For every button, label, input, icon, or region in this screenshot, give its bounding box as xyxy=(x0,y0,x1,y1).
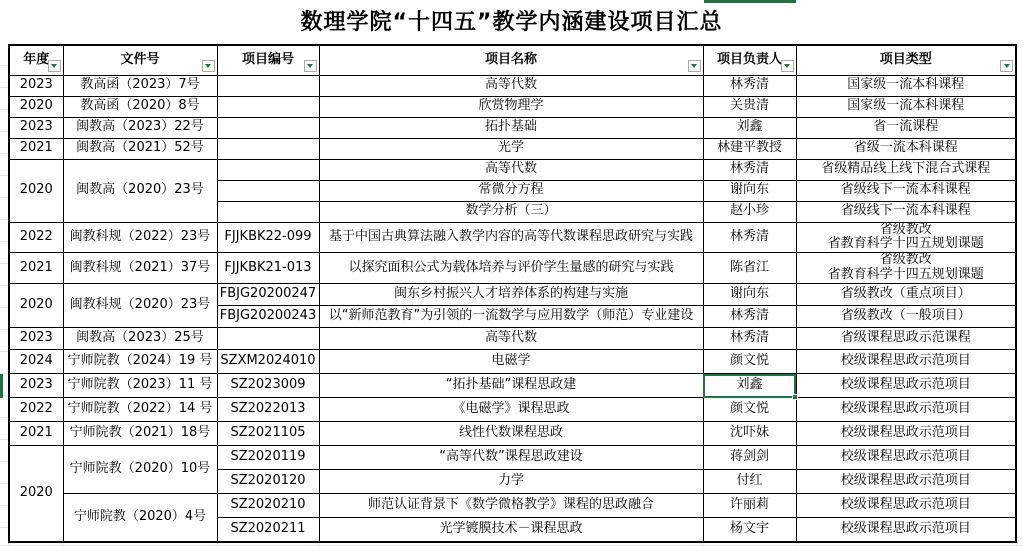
cell-leader[interactable]: 林建平教授 xyxy=(703,138,796,159)
cell-type[interactable]: 校级课程思政示范项目 xyxy=(796,470,1016,494)
filter-dropdown-icon xyxy=(307,64,313,68)
filter-button[interactable] xyxy=(1000,60,1013,72)
column-header-code[interactable]: 项目编号 xyxy=(217,45,319,75)
column-header-label: 项目负责人 xyxy=(717,52,782,67)
cell-doc[interactable]: 宁师院教（2020）4号 xyxy=(63,494,217,542)
cell-code[interactable] xyxy=(217,328,319,350)
cell-code[interactable]: FBJG20200247 xyxy=(217,284,319,306)
cell-name[interactable]: 力学 xyxy=(319,470,703,494)
cell-doc[interactable]: 宁师院教（2021）18号 xyxy=(63,422,217,446)
filter-dropdown-icon xyxy=(51,64,57,68)
cell-leader[interactable]: 刘鑫 xyxy=(703,374,796,398)
cell-leader[interactable]: 林秀清 xyxy=(703,306,796,328)
column-header-label: 项目编号 xyxy=(242,52,294,67)
column-selection-indicator xyxy=(704,0,796,3)
cell-type[interactable]: 省级教改（一般项目） xyxy=(796,306,1016,328)
cell-name[interactable]: “高等代数”课程思政建设 xyxy=(319,446,703,470)
cell-type[interactable]: 国家级一流本科课程 xyxy=(796,96,1016,117)
cell-doc[interactable]: 闽教科规（2022）23号 xyxy=(63,222,217,253)
cell-doc[interactable]: 宁师院教（2024）19 号 xyxy=(63,350,217,374)
cell-name[interactable]: 师范认证背景下《数学微格教学》课程的思政融合 xyxy=(319,494,703,518)
cell-name[interactable]: 线性代数课程思政 xyxy=(319,422,703,446)
cell-leader[interactable]: 颜文悦 xyxy=(703,350,796,374)
cell-type[interactable]: 校级课程思政示范项目 xyxy=(796,494,1016,518)
cell-leader[interactable]: 林秀清 xyxy=(703,328,796,350)
cell-name[interactable]: 闽东乡村振兴人才培养体系的构建与实施 xyxy=(319,284,703,306)
cell-leader[interactable]: 陈省江 xyxy=(703,253,796,284)
cell-code[interactable]: SZXM2024010 xyxy=(217,350,319,374)
cell-type[interactable]: 国家级一流本科课程 xyxy=(796,75,1016,96)
table-row: 2024宁师院教（2024）19 号SZXM2024010电磁学颜文悦校级课程思… xyxy=(9,350,1016,374)
cell-year[interactable]: 2023 xyxy=(9,328,63,350)
cell-year[interactable]: 2022 xyxy=(9,222,63,253)
cell-year[interactable]: 2021 xyxy=(9,422,63,446)
cell-name[interactable]: 基于中国古典算法融入教学内容的高等代数课程思政研究与实践 xyxy=(319,222,703,253)
cell-year[interactable]: 2023 xyxy=(9,374,63,398)
cell-name[interactable]: 《电磁学》课程思政 xyxy=(319,398,703,422)
cell-name[interactable]: 拓扑基础 xyxy=(319,117,703,138)
cell-year[interactable]: 2020 xyxy=(9,159,63,222)
sheet-left-margin xyxy=(0,44,8,535)
column-header-label: 项目名称 xyxy=(485,52,537,67)
cell-code[interactable]: FJJKBK21-013 xyxy=(217,253,319,284)
sheet-title[interactable]: 数理学院“十四五”教学内涵建设项目汇总 xyxy=(8,7,1015,41)
cell-code[interactable] xyxy=(217,117,319,138)
cell-doc[interactable]: 教高函（2020）8号 xyxy=(63,96,217,117)
cell-name[interactable]: 光学镀膜技术－课程思政 xyxy=(319,518,703,542)
table-row: 2020教高函（2020）8号欣赏物理学关贵清国家级一流本科课程 xyxy=(9,96,1016,117)
cell-leader[interactable]: 林秀清 xyxy=(703,159,796,180)
filter-button[interactable] xyxy=(781,60,794,72)
filter-dropdown-icon xyxy=(1004,64,1010,68)
projects-table: 年度 文件号 项目编号 项目名称 项目负责人 项目类型 2023教高函（2023… xyxy=(8,44,1017,543)
table-row: 2023宁师院教（2023）11 号SZ2023009“拓扑基础”课程思政建刘鑫… xyxy=(9,374,1016,398)
table-row: 宁师院教（2020）4号SZ2020210师范认证背景下《数学微格教学》课程的思… xyxy=(9,494,1016,518)
column-header-label: 项目类型 xyxy=(880,52,932,67)
cell-type[interactable]: 省级课程思政示范课程 xyxy=(796,328,1016,350)
cell-code[interactable] xyxy=(217,159,319,180)
cell-name[interactable]: 常微分方程 xyxy=(319,180,703,201)
cell-name[interactable]: 数学分析（三） xyxy=(319,201,703,222)
cell-name[interactable]: 电磁学 xyxy=(319,350,703,374)
filter-button[interactable] xyxy=(48,60,61,72)
cell-type[interactable]: 省级教改 省教育科学十四五规划课题 xyxy=(796,253,1016,284)
filter-button[interactable] xyxy=(688,60,701,72)
cell-leader[interactable]: 付红 xyxy=(703,470,796,494)
fill-handle[interactable] xyxy=(792,394,798,400)
table-row: 2020闽教高（2020）23号高等代数林秀清省级精品线上线下混合式课程 xyxy=(9,159,1016,180)
filter-button[interactable] xyxy=(304,60,317,72)
filter-dropdown-icon xyxy=(691,64,697,68)
cell-leader[interactable]: 林秀清 xyxy=(703,75,796,96)
cell-doc[interactable]: 宁师院教（2020）10号 xyxy=(63,446,217,494)
cell-code[interactable] xyxy=(217,75,319,96)
cell-leader[interactable]: 林秀清 xyxy=(703,222,796,253)
cell-year[interactable]: 2020 xyxy=(9,96,63,117)
cell-year[interactable]: 2023 xyxy=(9,117,63,138)
cell-type[interactable]: 省级教改 省教育科学十四五规划课题 xyxy=(796,222,1016,253)
column-header-leader[interactable]: 项目负责人 xyxy=(703,45,796,75)
table-row: 2021闽教高（2021）52号光学林建平教授省级一流本科课程 xyxy=(9,138,1016,159)
column-header-label: 文件号 xyxy=(120,52,159,67)
cell-type[interactable]: 省级线下一流本科课程 xyxy=(796,180,1016,201)
cell-type[interactable]: 省级一流本科课程 xyxy=(796,138,1016,159)
cell-code[interactable]: SZ2022013 xyxy=(217,398,319,422)
column-header-year[interactable]: 年度 xyxy=(9,45,63,75)
cell-name[interactable]: 以探究面积公式为载体培养与评价学生量感的研究与实践 xyxy=(319,253,703,284)
table-row: 2020宁师院教（2020）10号SZ2020119“高等代数”课程思政建设蒋剑… xyxy=(9,446,1016,470)
table-row: 2021宁师院教（2021）18号SZ2021105线性代数课程思政沈吓妹校级课… xyxy=(9,422,1016,446)
cell-code[interactable]: SZ2020210 xyxy=(217,494,319,518)
cell-year[interactable]: 2023 xyxy=(9,75,63,96)
cell-type[interactable]: 省一流课程 xyxy=(796,117,1016,138)
cell-code[interactable] xyxy=(217,180,319,201)
cell-year[interactable]: 2020 xyxy=(9,446,63,542)
cell-name[interactable]: “拓扑基础”课程思政建 xyxy=(319,374,703,398)
cell-code[interactable]: FBJG20200243 xyxy=(217,306,319,328)
cell-code[interactable]: SZ2021105 xyxy=(217,422,319,446)
cell-code[interactable] xyxy=(217,96,319,117)
cell-code[interactable]: FJJKBK22-099 xyxy=(217,222,319,253)
cell-name[interactable]: 欣赏物理学 xyxy=(319,96,703,117)
cell-doc[interactable]: 宁师院教（2022）14 号 xyxy=(63,398,217,422)
cell-doc[interactable]: 闽教科规（2020）23号 xyxy=(63,284,217,328)
table-row: 2020闽教科规（2020）23号FBJG20200247闽东乡村振兴人才培养体… xyxy=(9,284,1016,306)
cell-type[interactable]: 校级课程思政示范项目 xyxy=(796,446,1016,470)
column-header-label: 年度 xyxy=(23,52,49,67)
cell-type[interactable]: 校级课程思政示范项目 xyxy=(796,398,1016,422)
cell-name[interactable]: 高等代数 xyxy=(319,328,703,350)
filter-dropdown-icon xyxy=(205,64,211,68)
row-selection-indicator xyxy=(0,374,3,398)
cell-doc[interactable]: 闽教高（2020）23号 xyxy=(63,159,217,222)
cell-leader[interactable]: 刘鑫 xyxy=(703,117,796,138)
table-row: 2021闽教科规（2021）37号FJJKBK21-013以探究面积公式为载体培… xyxy=(9,253,1016,284)
cell-code[interactable]: SZ2023009 xyxy=(217,374,319,398)
cell-leader[interactable]: 关贵清 xyxy=(703,96,796,117)
table-row: 2023闽教高（2023）25号高等代数林秀清省级课程思政示范课程 xyxy=(9,328,1016,350)
cell-doc[interactable]: 教高函（2023）7号 xyxy=(63,75,217,96)
cell-leader[interactable]: 谢向东 xyxy=(703,284,796,306)
cell-name[interactable]: 光学 xyxy=(319,138,703,159)
filter-dropdown-icon xyxy=(784,64,790,68)
cell-name[interactable]: 高等代数 xyxy=(319,159,703,180)
cell-type[interactable]: 校级课程思政示范项目 xyxy=(796,374,1016,398)
cell-doc[interactable]: 闽教高（2021）52号 xyxy=(63,138,217,159)
cell-doc[interactable]: 闽教高（2023）25号 xyxy=(63,328,217,350)
cell-code[interactable] xyxy=(217,138,319,159)
cell-doc[interactable]: 闽教高（2023）22号 xyxy=(63,117,217,138)
cell-leader[interactable]: 杨文宇 xyxy=(703,518,796,542)
table-row: 2023闽教高（2023）22号拓扑基础刘鑫省一流课程 xyxy=(9,117,1016,138)
cell-doc[interactable]: 闽教科规（2021）37号 xyxy=(63,253,217,284)
cell-doc[interactable]: 宁师院教（2023）11 号 xyxy=(63,374,217,398)
cell-name[interactable]: 高等代数 xyxy=(319,75,703,96)
cell-code[interactable]: SZ2020120 xyxy=(217,470,319,494)
table-row: 2022闽教科规（2022）23号FJJKBK22-099基于中国古典算法融入教… xyxy=(9,222,1016,253)
cell-leader[interactable]: 沈吓妹 xyxy=(703,422,796,446)
header-row: 年度 文件号 项目编号 项目名称 项目负责人 项目类型 xyxy=(9,45,1016,75)
table-body: 2023教高函（2023）7号高等代数林秀清国家级一流本科课程2020教高函（2… xyxy=(9,75,1016,542)
cell-type[interactable]: 省级线下一流本科课程 xyxy=(796,201,1016,222)
cell-year[interactable]: 2022 xyxy=(9,398,63,422)
cell-leader[interactable]: 赵小珍 xyxy=(703,201,796,222)
cell-year[interactable]: 2021 xyxy=(9,253,63,284)
column-header-name[interactable]: 项目名称 xyxy=(319,45,703,75)
filter-button[interactable] xyxy=(202,60,215,72)
cell-type[interactable]: 省级精品线上线下混合式课程 xyxy=(796,159,1016,180)
cell-name[interactable]: 以“新师范教育”为引领的一流数学与应用数学（师范）专业建设 xyxy=(319,306,703,328)
cell-type[interactable]: 校级课程思政示范项目 xyxy=(796,518,1016,542)
cell-type[interactable]: 校级课程思政示范项目 xyxy=(796,350,1016,374)
cell-type[interactable]: 校级课程思政示范项目 xyxy=(796,422,1016,446)
cell-leader[interactable]: 许丽莉 xyxy=(703,494,796,518)
column-header-doc[interactable]: 文件号 xyxy=(63,45,217,75)
table-row: 2023教高函（2023）7号高等代数林秀清国家级一流本科课程 xyxy=(9,75,1016,96)
column-header-type[interactable]: 项目类型 xyxy=(796,45,1016,75)
cell-year[interactable]: 2020 xyxy=(9,284,63,328)
cell-code[interactable]: SZ2020211 xyxy=(217,518,319,542)
cell-leader[interactable]: 谢向东 xyxy=(703,180,796,201)
cell-leader[interactable]: 颜文悦 xyxy=(703,398,796,422)
cell-code[interactable] xyxy=(217,201,319,222)
table-row: 2022宁师院教（2022）14 号SZ2022013《电磁学》课程思政颜文悦校… xyxy=(9,398,1016,422)
cell-type[interactable]: 省级教改（重点项目） xyxy=(796,284,1016,306)
cell-year[interactable]: 2024 xyxy=(9,350,63,374)
cell-code[interactable]: SZ2020119 xyxy=(217,446,319,470)
cell-leader[interactable]: 蒋剑剑 xyxy=(703,446,796,470)
cell-year[interactable]: 2021 xyxy=(9,138,63,159)
